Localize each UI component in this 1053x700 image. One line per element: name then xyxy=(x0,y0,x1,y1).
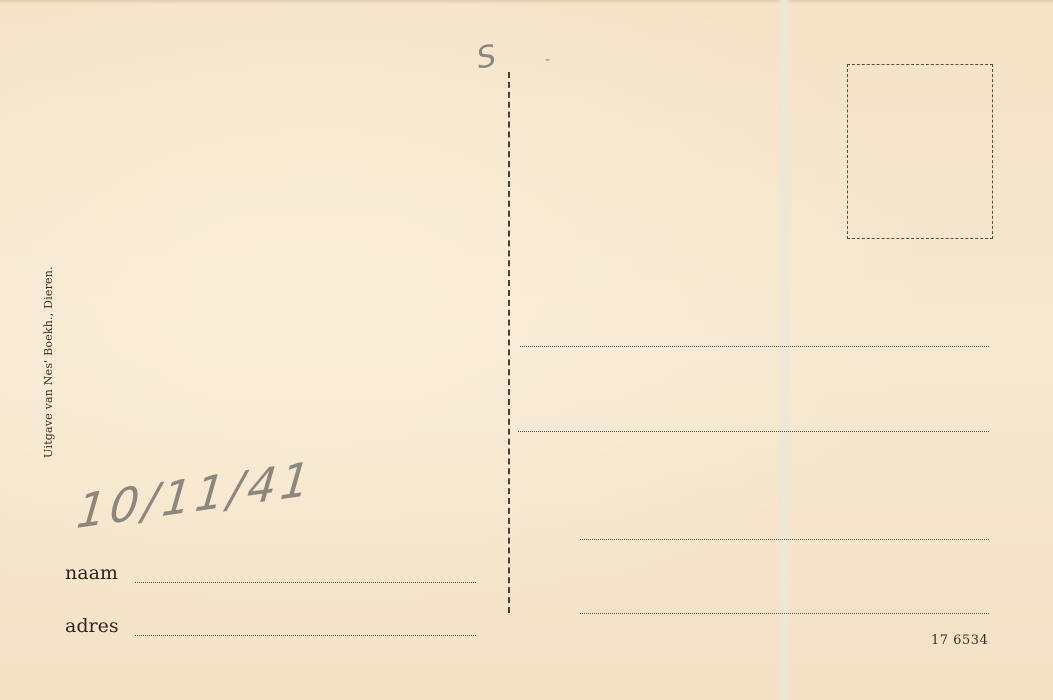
pencil-mark-small: - xyxy=(545,52,550,68)
sender-address-line[interactable] xyxy=(135,635,476,636)
stamp-box xyxy=(847,64,993,239)
fold-stripe xyxy=(777,0,792,700)
address-line-1[interactable] xyxy=(520,346,989,347)
address-line-3[interactable] xyxy=(580,539,989,540)
publisher-imprint: Uitgave van Nes' Boekh., Dieren. xyxy=(42,266,55,458)
address-line-4[interactable] xyxy=(580,613,989,614)
postcard-back: Uitgave van Nes' Boekh., Dieren. S - 10/… xyxy=(0,0,1053,700)
card-top-edge xyxy=(0,0,1053,4)
card-number: 17 6534 xyxy=(931,633,988,648)
sender-name-line[interactable] xyxy=(135,582,476,583)
message-address-divider xyxy=(508,72,510,613)
sender-address-label: adres xyxy=(65,615,119,637)
address-line-2[interactable] xyxy=(518,431,989,432)
handwritten-date: 10/11/41 xyxy=(74,451,316,540)
pencil-mark: S xyxy=(474,39,499,77)
sender-name-label: naam xyxy=(65,562,118,584)
